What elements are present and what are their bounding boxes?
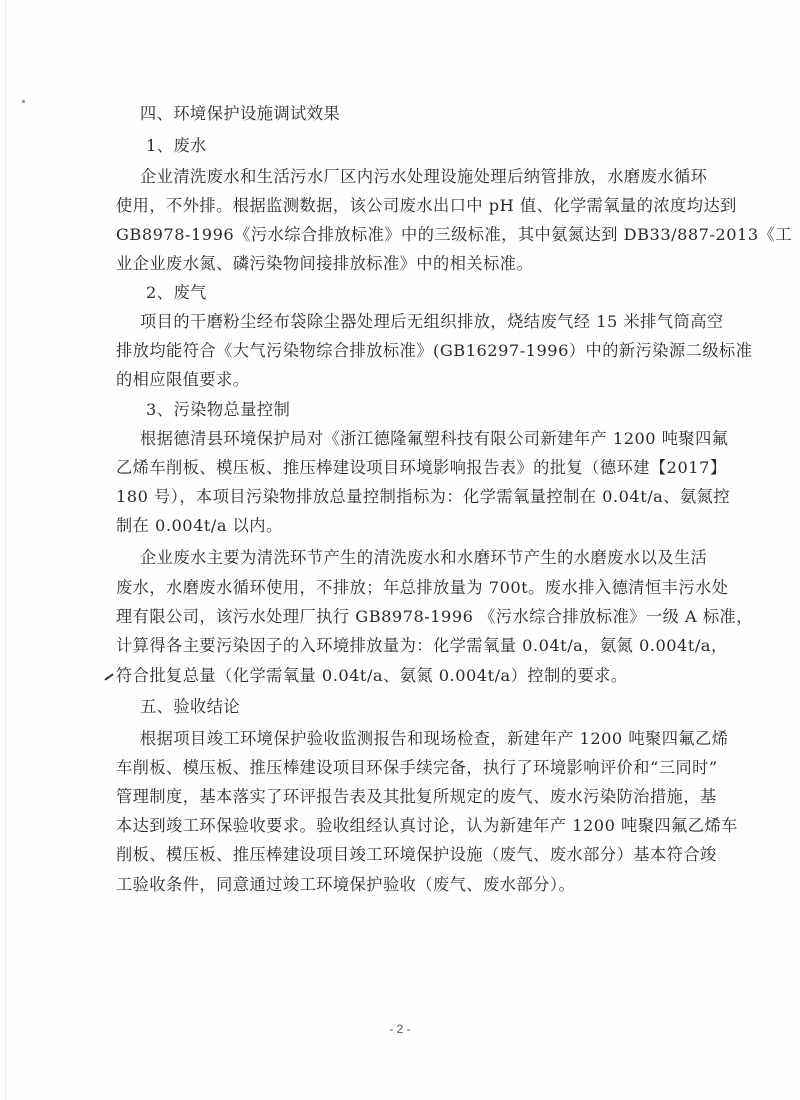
paragraph-line: 排放均能符合《大气污染物综合排放标准》(GB16297-1996）中的新污染源二… bbox=[116, 341, 684, 361]
subsection-wastewater-title: 1、废水 bbox=[146, 136, 207, 156]
paragraph-line: 使用，不外排。根据监测数据，该公司废水出口中 pH 值、化学需氧量的浓度均达到 bbox=[116, 196, 684, 216]
paragraph-line: 乙烯车削板、模压板、推压棒建设项目环境影响报告表》的批复（德环建【2017】 bbox=[116, 458, 684, 478]
paragraph-line: GB8978-1996《污水综合排放标准》中的三级标准，其中氨氮达到 DB33/… bbox=[116, 225, 684, 245]
paragraph-line: 本达到竣工环保验收要求。验收组经认真讨论，认为新建年产 1200 吨聚四氟乙烯车 bbox=[116, 816, 684, 836]
paragraph-line: 车削板、模压板、推压棒建设项目环保手续完备，执行了环境影响评价和“三同时” bbox=[116, 758, 684, 778]
section-4-title: 四、环境保护设施调试效果 bbox=[140, 104, 340, 124]
paragraph-line: 的相应限值要求。 bbox=[116, 370, 250, 390]
paragraph-line: 根据德清县环境保护局对《浙江德隆氟塑科技有限公司新建年产 1200 吨聚四氟 bbox=[140, 429, 684, 449]
paragraph-line: 削板、模压板、推压棒建设项目竣工环境保护设施（废气、废水部分）基本符合竣 bbox=[116, 845, 684, 865]
paragraph-line: 项目的干磨粉尘经布袋除尘器处理后无组织排放，烧结废气经 15 米排气筒高空 bbox=[140, 312, 684, 332]
paragraph-line: 废水，水磨废水循环使用，不排放；年总排放量为 700t。废水排入德清恒丰污水处 bbox=[116, 578, 684, 598]
scan-speck bbox=[22, 100, 25, 103]
page-number: - 2 - bbox=[0, 1022, 800, 1036]
subsection-total-control-title: 3、污染物总量控制 bbox=[146, 400, 290, 420]
pen-mark bbox=[104, 673, 113, 680]
paragraph-line: 管理制度，基本落实了环评报告表及其批复所规定的废气、废水污染防治措施，基 bbox=[116, 787, 684, 807]
paragraph-line: 符合批复总量（化学需氧量 0.04t/a、氨氮 0.004t/a）控制的要求。 bbox=[116, 666, 628, 686]
paragraph-line: 理有限公司，该污水处理厂执行 GB8978-1996 《污水综合排放标准》一级 … bbox=[116, 607, 684, 627]
paragraph-line: 根据项目竣工环境保护验收监测报告和现场检查，新建年产 1200 吨聚四氟乙烯 bbox=[140, 729, 684, 749]
paragraph-line: 企业废水主要为清洗环节产生的清洗废水和水磨环节产生的水磨废水以及生活 bbox=[140, 548, 684, 568]
paragraph-line: 180 号），本项目污染物排放总量控制指标为：化学需氧量控制在 0.04t/a、… bbox=[116, 487, 684, 507]
section-5-title: 五、验收结论 bbox=[140, 697, 240, 717]
document-page: 四、环境保护设施调试效果 1、废水 企业清洗废水和生活污水厂区内污水处理设施处理… bbox=[0, 0, 800, 1100]
paragraph-line: 制在 0.004t/a 以内。 bbox=[116, 516, 283, 536]
paragraph-line: 业企业废水氮、磷污染物间接排放标准》中的相关标准。 bbox=[116, 254, 533, 274]
subsection-waste-gas-title: 2、废气 bbox=[146, 283, 207, 303]
paragraph-line: 工验收条件，同意通过竣工环境保护验收（废气、废水部分）。 bbox=[116, 875, 575, 895]
paragraph-line: 企业清洗废水和生活污水厂区内污水处理设施处理后纳管排放，水磨废水循环 bbox=[140, 167, 684, 187]
paragraph-line: 计算得各主要污染因子的入环境排放量为：化学需氧量 0.04t/a，氨氮 0.00… bbox=[116, 636, 684, 656]
scan-edge bbox=[5, 0, 6, 1100]
